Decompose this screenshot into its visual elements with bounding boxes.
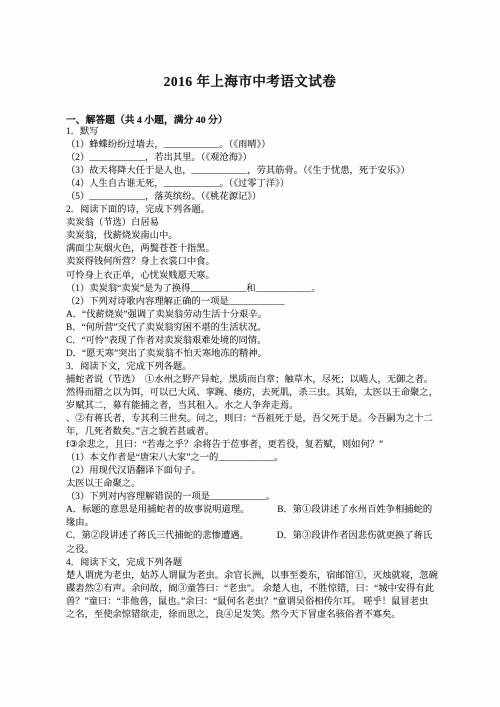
text-line: （3）故天将降大任于是人也，____________，劳其筋骨。（《生于忧患，死… (66, 165, 448, 178)
text-line: C．“可怜”表现了作者对卖炭翁艰难处境的同情。 (66, 335, 448, 348)
text-line: 卖炭翁（节选）白居易 (66, 217, 448, 230)
text-line: 年，几死者数矣。”言之貌若甚戚者。 (66, 426, 448, 439)
text-line: （1）本文作者是“唐宋八大家”之一的____________。 (66, 452, 448, 465)
text-line: （3）下列对内容理解错误的一项是____________。 (66, 491, 448, 504)
text-line: 卖炭得钱何所营？身上衣裳口中食。 (66, 256, 448, 269)
text-line: 1．默写 (66, 126, 448, 139)
text-line: 4．阅读下文，完成下列各题 (66, 557, 448, 570)
text-line: A．“伐薪烧炭”强调了卖炭翁劳动生活十分艰辛。 (66, 309, 448, 322)
text-line: C．第②段讲述了蒋氏三代捕蛇的悲惨遭遇。 D．第③段讲作者因悲伤就更换了蒋氏 (66, 530, 448, 543)
text-line: 碟砉然②有声。余问故，阍③童答曰：“老虫”。 余楚人也，不胜惊错，曰：“城中安得… (66, 583, 448, 596)
page-title: 2016 年上海市中考语文试卷 (0, 70, 500, 90)
text-line: 岁赋其二，募有能捕之者，当其租入。水之人争奔走焉。 (66, 400, 448, 413)
text-line: A．标题的意思是用捕蛇者的故事说明道理。 B．第①段讲述了水州百姓争相捕蛇的 (66, 504, 448, 517)
text-line: 之名，至使余惊错欲走，徐而思之，良④足发笑。然今天下冒虚名骇俗者不寡矣。 (66, 609, 448, 622)
text-line: （5）____________，落英缤纷。（《桃花源记》） (66, 191, 448, 204)
text-line: 楚人谓虎为老虫，姑苏人谓鼠为老虫。余官长洲，以事至娄东，宿邮馆①，灭烛就寝，忽碗 (66, 570, 448, 583)
exam-content: 1．默写 （1）蜂蝶纷纷过墙去，____________。（《雨晴》） （2）_… (66, 126, 448, 622)
text-line: （4）人生自古谁无死，____________。（《过零丁洋》） (66, 178, 448, 191)
text-line: 卖炭翁，伐薪烧炭南山中。 (66, 230, 448, 243)
text-line: B．“何所营”交代了卖炭翁穷困不堪的生活状况。 (66, 322, 448, 335)
text-line: 3．阅读下文，完成下列各题。 (66, 361, 448, 374)
text-line: 、②有蒋氏者，专其利三世矣。问之，则曰：“吾祖死于是，吾父死于是。今吾嗣为之十二 (66, 413, 448, 426)
text-line: 捕蛇者说（节选） ①水州之野产异蛇，黑质而白章；触草木，尽死；以啮人，无御之者。 (66, 374, 448, 387)
text-line: （2）下列对诗歌内容理解正确的一项是____________ (66, 296, 448, 309)
exam-paper-page: 2016 年上海市中考语文试卷 一、解答题（共 4 小题，满分 40 分） 1．… (0, 0, 500, 707)
text-line: 2．阅读下面的诗，完成下列各题。 (66, 204, 448, 217)
text-line: 兽？”童曰：“非他兽，鼠也。”余曰：“鼠何名老虫？”童谓吴俗相传尔耳。 嗟乎！鼠… (66, 596, 448, 609)
text-line: f③余悲之，且曰：“若毒之乎？余将告于莅事者，更若役，复若赋，则如何？” (66, 439, 448, 452)
text-line: 可怜身上衣正单，心忧炭贱愿天寒。 (66, 270, 448, 283)
section-header: 一、解答题（共 4 小题，满分 40 分） (66, 112, 446, 126)
text-line: （2）____________，若出其里。（《观沧海》） (66, 152, 448, 165)
text-line: D．“愿天寒”突出了卖炭翁不怕天寒地冻的精神。 (66, 348, 448, 361)
text-line: 之役。 (66, 544, 448, 557)
text-line: 满面尘灰烟火色，两鬓苍苍十指黑。 (66, 243, 448, 256)
text-line: （2）用现代汉语翻译下面句子。 (66, 465, 448, 478)
text-line: 缘由。 (66, 517, 448, 530)
text-line: （1）卖炭翁“卖炭”是为了换得____________和____________… (66, 283, 448, 296)
text-line: 太医以王命聚之。 (66, 478, 448, 491)
text-line: （1）蜂蝶纷纷过墙去，____________。（《雨晴》） (66, 139, 448, 152)
text-line: 然得而腊之以为饵，可以已大风、挛踠、瘘疠，去死肌，杀三虫。其始，太医以王命聚之， (66, 387, 448, 400)
